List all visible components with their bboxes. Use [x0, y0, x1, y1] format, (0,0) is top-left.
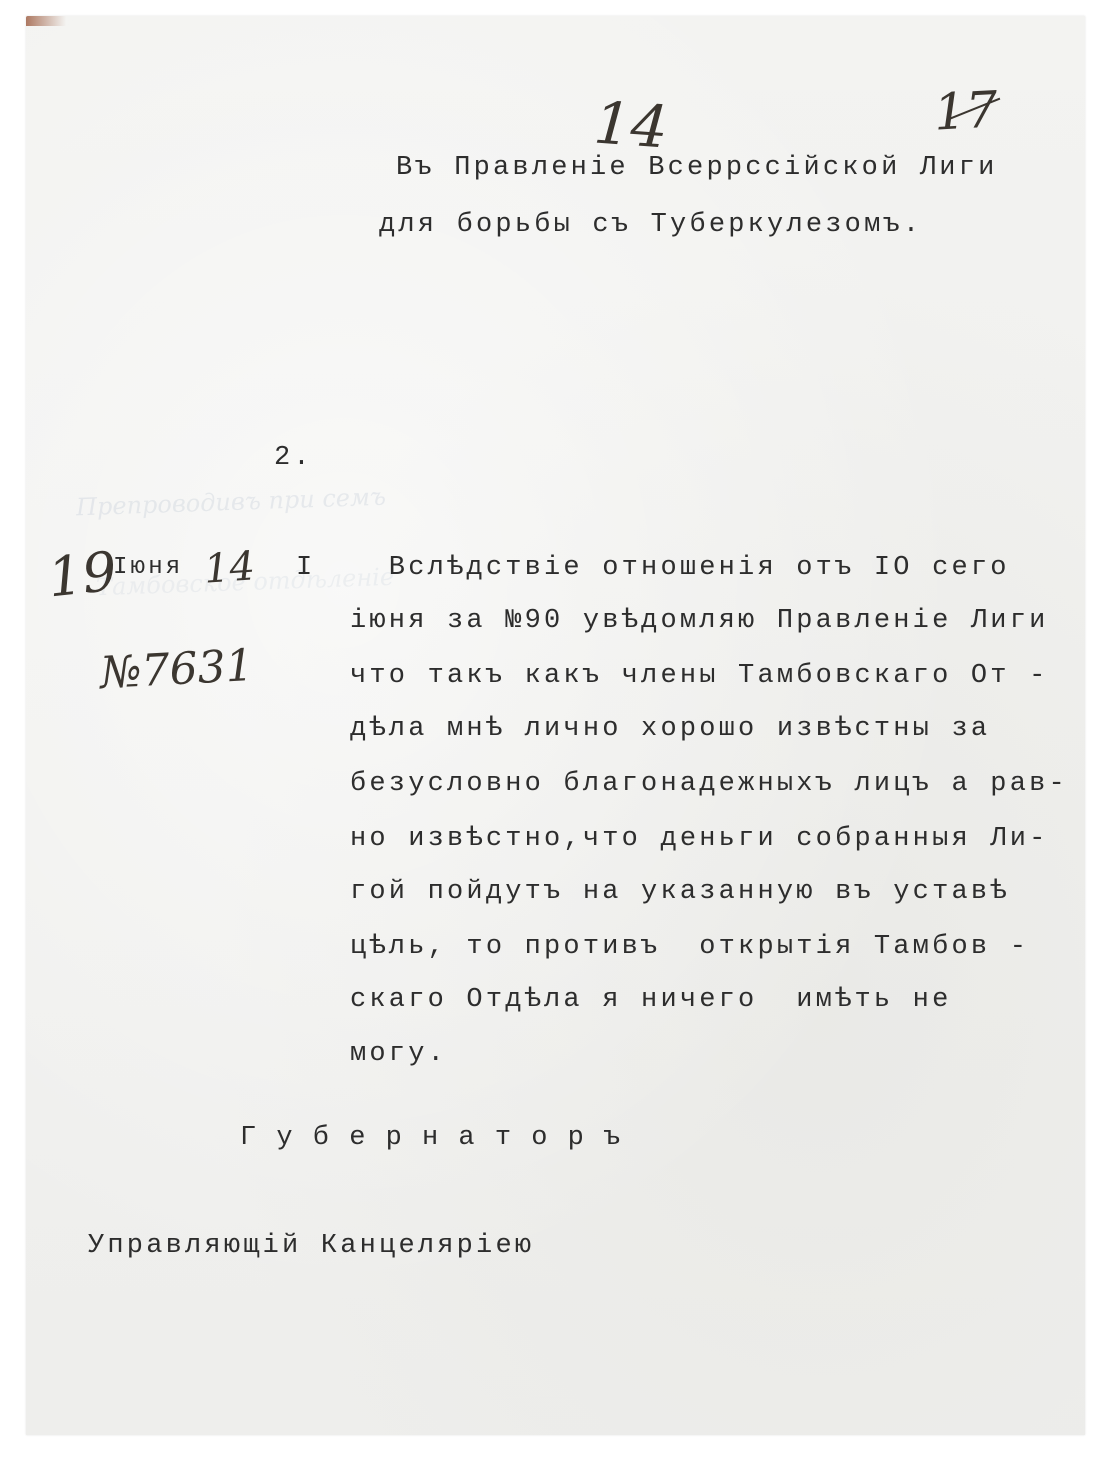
body-line: могу.	[350, 1041, 447, 1068]
paragraph-number: I	[296, 555, 315, 582]
body-line: скаго Отдѣла я ничего имѣть не	[350, 987, 951, 1014]
body-line: Вслѣдствіе отношенія отъ IO сего	[350, 555, 1010, 582]
body-line: гой пойдутъ на указанную въ уставѣ	[350, 879, 1010, 906]
handwritten-registry-number: №7631	[99, 644, 255, 696]
addressee-line-2: для борьбы съ Туберкулезомъ.	[379, 212, 922, 239]
corner-stain	[26, 16, 66, 26]
bleed-through-text: Препроводивъ при семъ	[76, 483, 387, 522]
handwritten-day: 19	[45, 545, 119, 606]
body-line: безусловно благонадежныхъ лицъ а рав-	[350, 771, 1068, 798]
handwritten-page-number-center: 14	[592, 93, 670, 156]
addressee-line-1: Въ Правленіе Всеррссійской Лиги	[396, 155, 997, 182]
body-line: дѣла мнѣ лично хорошо извѣстны за	[350, 716, 990, 743]
handwritten-year: 14	[203, 546, 257, 589]
chancellery-title: Управляющій Канцеляріею	[88, 1233, 534, 1260]
letter-body: Вслѣдствіе отношенія отъ IO сего іюня за…	[350, 543, 1090, 1083]
body-line: цѣль, то противъ открытія Тамбов -	[350, 934, 1029, 961]
signature-title: Г у б е р н а т о р ъ	[240, 1125, 622, 1152]
body-line: но извѣстно,что деньги собранныя Ли-	[350, 826, 1049, 853]
body-line: что такъ какъ члены Тамбовскаго От -	[350, 663, 1049, 690]
typed-month: Іюня	[113, 556, 183, 580]
body-line: іюня за №90 увѣдомляю Правленіе Лиги	[350, 608, 1049, 635]
section-number: 2.	[274, 445, 313, 472]
